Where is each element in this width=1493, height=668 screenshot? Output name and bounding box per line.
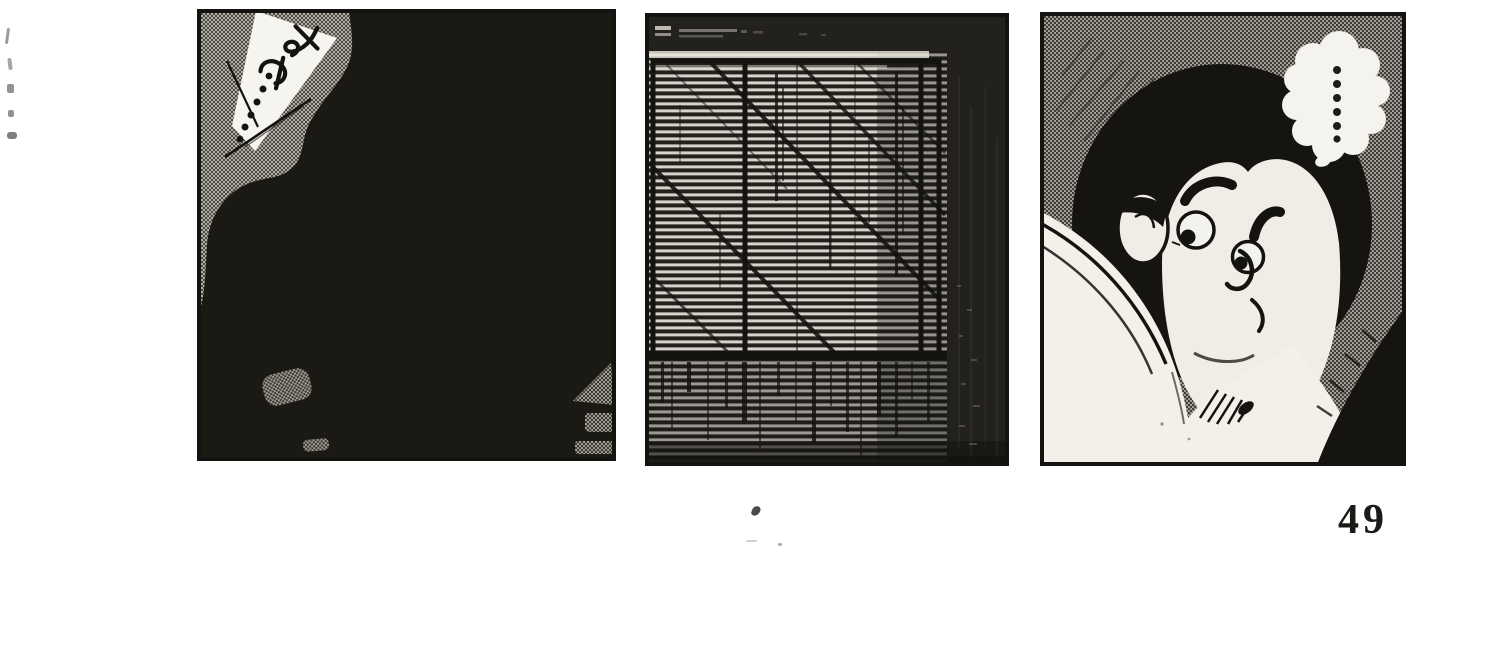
ink-speck (751, 505, 762, 517)
left-pupil (1181, 230, 1196, 245)
thought-tail-dot (1330, 188, 1334, 192)
bottom-edge (649, 456, 1005, 462)
panel-sleeping-silhouette (197, 9, 616, 461)
page-number: 49 (1338, 496, 1418, 544)
right-pupil (1235, 257, 1248, 270)
blanket-dot (1160, 422, 1163, 425)
ink-speck (778, 543, 782, 546)
panel-window-blinds (645, 13, 1009, 466)
spine-mark (7, 84, 14, 93)
panel-man-peeking (1040, 12, 1406, 466)
spine-mark (7, 58, 12, 70)
manga-page: 49 (0, 0, 1493, 668)
panel1-art (201, 13, 612, 457)
panel2-art (649, 17, 1005, 462)
window-sill (649, 351, 947, 360)
spine-mark (5, 28, 10, 44)
ink-speck (746, 540, 757, 542)
bright-top-band (649, 51, 929, 58)
spine-mark (7, 132, 17, 139)
thought-tail-speck (1324, 171, 1333, 183)
blanket-dot (1188, 438, 1191, 441)
spine-mark (8, 110, 14, 117)
panel3-art (1044, 16, 1402, 462)
bright-band-2 (649, 65, 887, 69)
